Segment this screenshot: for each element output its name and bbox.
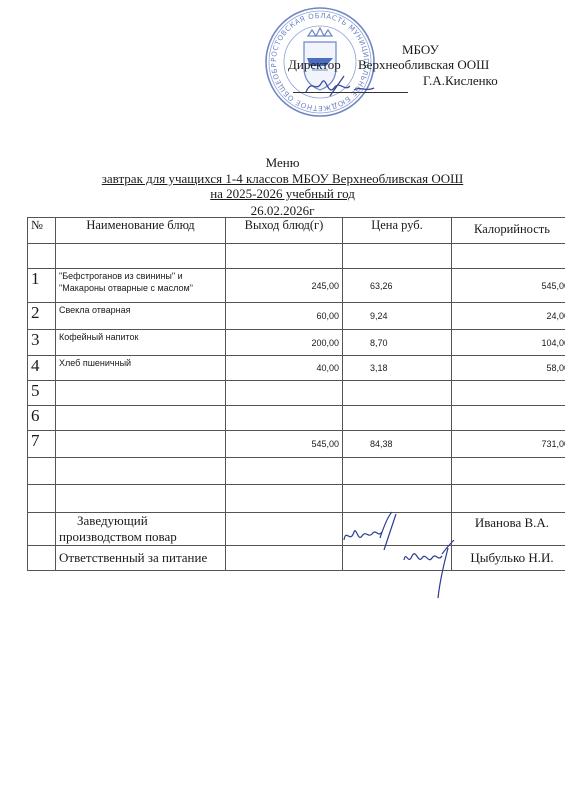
- director-signature-icon: [300, 74, 380, 100]
- approval-school: Верхнеобливская ООШ: [358, 57, 489, 73]
- dish-price: 63,26: [343, 269, 452, 303]
- row-number: 2: [28, 303, 56, 330]
- dish-weight: 200,00: [226, 330, 343, 356]
- dish-price: 3,18: [343, 356, 452, 381]
- dish-weight: 60,00: [226, 303, 343, 330]
- row-number: 4: [28, 356, 56, 381]
- total-calories: 731,00: [452, 431, 565, 458]
- dish-calories: 104,00: [452, 330, 565, 356]
- header-price: Цена руб.: [343, 218, 452, 244]
- dish-name: "Бефстроганов из свинины" и"Макароны отв…: [56, 269, 226, 303]
- menu-title: Меню: [0, 155, 565, 171]
- responsible-signature-icon: [398, 540, 458, 600]
- dish-price: 9,24: [343, 303, 452, 330]
- row-number: 7: [28, 431, 56, 458]
- dish-calories: 24,00: [452, 303, 565, 330]
- table-row: 6: [28, 406, 565, 431]
- table-row: 4 Хлеб пшеничный 40,00 3,18 58,00: [28, 356, 565, 381]
- dish-price: 8,70: [343, 330, 452, 356]
- dish-name: Хлеб пшеничный: [56, 356, 226, 381]
- menu-year: на 2025-2026 учебный год: [210, 186, 355, 201]
- dish-calories: 545,00: [452, 269, 565, 303]
- cook-signature-icon: [340, 510, 400, 556]
- signature-row: Заведующий производством повар Иванова В…: [28, 513, 565, 546]
- table-row-total: 7 545,00 84,38 731,00: [28, 431, 565, 458]
- table-row: [28, 244, 565, 269]
- approval-position: Директор: [288, 57, 341, 73]
- row-number: 5: [28, 381, 56, 406]
- director-name: Г.А.Кисленко: [423, 73, 498, 89]
- dish-name-line: "Макароны отварные с маслом": [59, 282, 222, 294]
- signature-name: Иванова В.А.: [452, 513, 565, 546]
- row-number: 3: [28, 330, 56, 356]
- menu-subtitle: завтрак для учащихся 1-4 классов МБОУ Ве…: [102, 171, 464, 186]
- signature-name: Цыбулько Н.И.: [452, 546, 565, 571]
- header-weight: Выход блюд(г): [226, 218, 343, 244]
- signature-row: Ответственный за питание Цыбулько Н.И.: [28, 546, 565, 571]
- total-weight: 545,00: [226, 431, 343, 458]
- approval-org: МБОУ: [402, 42, 439, 58]
- signature-role-line: Заведующий: [59, 513, 222, 529]
- row-number: 6: [28, 406, 56, 431]
- dish-calories: 58,00: [452, 356, 565, 381]
- dish-name: Свекла отварная: [56, 303, 226, 330]
- total-price: 84,38: [343, 431, 452, 458]
- table-header-row: № Наименование блюд Выход блюд(г) Цена р…: [28, 218, 565, 244]
- header-number: №: [28, 218, 56, 244]
- table-row: 3 Кофейный напиток 200,00 8,70 104,00: [28, 330, 565, 356]
- header-calories: Калорийность: [452, 218, 565, 244]
- signature-role: Заведующий производством повар: [56, 513, 226, 546]
- row-number: 1: [28, 269, 56, 303]
- header-dish-name: Наименование блюд: [56, 218, 226, 244]
- dish-weight: 245,00: [226, 269, 343, 303]
- table-row: [28, 485, 565, 513]
- table-row: 1 "Бефстроганов из свинины" и"Макароны о…: [28, 269, 565, 303]
- dish-name: Кофейный напиток: [56, 330, 226, 356]
- table-row: 2 Свекла отварная 60,00 9,24 24,00: [28, 303, 565, 330]
- dish-name-line: "Бефстроганов из свинины" и: [59, 270, 222, 282]
- signature-role: Ответственный за питание: [56, 546, 226, 571]
- table-row: [28, 458, 565, 485]
- table-row: 5: [28, 381, 565, 406]
- menu-table: № Наименование блюд Выход блюд(г) Цена р…: [27, 217, 565, 571]
- signature-role-line: производством повар: [59, 529, 222, 545]
- dish-weight: 40,00: [226, 356, 343, 381]
